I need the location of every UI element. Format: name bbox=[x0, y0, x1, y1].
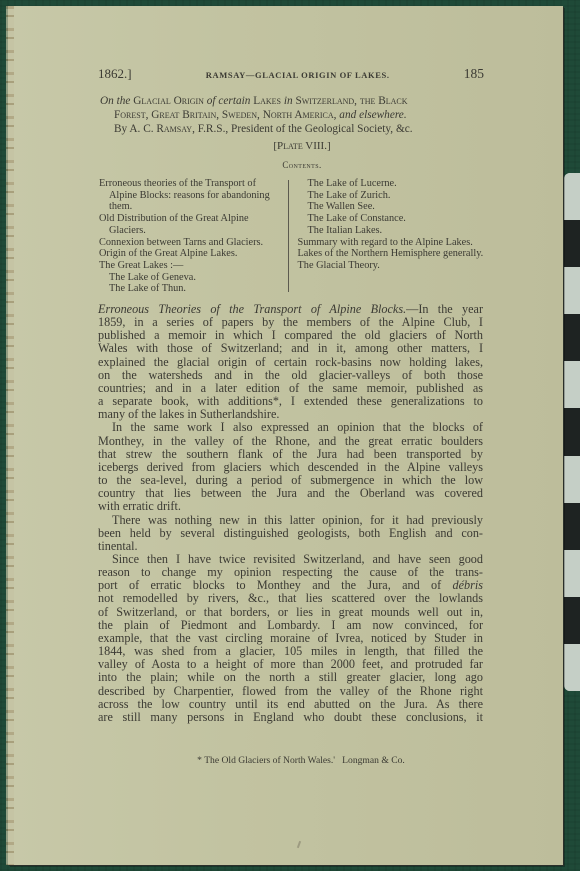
ruler-segment bbox=[564, 220, 580, 267]
header-year: 1862.] bbox=[98, 66, 132, 82]
toc-item: Erroneous theories of the Transport of A… bbox=[99, 178, 279, 213]
ruler-segment bbox=[564, 314, 580, 361]
toc-item: Lakes of the Northern Hemisphere general… bbox=[298, 248, 485, 260]
text-line: tinental. bbox=[98, 540, 483, 553]
text-line: been held by several distinguished geolo… bbox=[98, 527, 483, 540]
toc-item: The Lake of Thun. bbox=[99, 283, 279, 295]
ink-mark bbox=[297, 841, 301, 848]
section-heading: Erroneous Theories of the Transport of A… bbox=[98, 302, 406, 316]
paragraph-3: There was nothing new in this latter opi… bbox=[98, 514, 483, 553]
body-text: Erroneous Theories of the Transport of A… bbox=[98, 303, 483, 724]
ruler-segment bbox=[564, 550, 580, 597]
footnote: * The Old Glaciers of North Wales.' Long… bbox=[0, 755, 580, 766]
toc-item: The Great Lakes :— bbox=[99, 260, 279, 272]
article-title: On the Glacial Origin of certain Lakes i… bbox=[100, 94, 484, 136]
title-line-1: On the Glacial Origin of certain Lakes i… bbox=[100, 94, 484, 108]
toc-item: Old Distribution of the Great Alpine Gla… bbox=[99, 213, 279, 236]
text-line: explained the glacial origin of certain … bbox=[98, 356, 483, 369]
paragraph-2: In the same work I also expressed an opi… bbox=[98, 421, 483, 513]
title-line-3: By A. C. Ramsay, F.R.S., President of th… bbox=[100, 122, 484, 136]
header-running-title: Ramsay—Glacial Origin of Lakes. bbox=[206, 70, 390, 80]
text-line: the plain of Piedmont and Lombardy. I am… bbox=[98, 619, 483, 632]
torn-page-edge bbox=[6, 6, 14, 865]
ruler-segment bbox=[564, 597, 580, 644]
text-line: Monthey, in the valley of the Rhone, and… bbox=[98, 435, 483, 448]
toc-item: The Wallen See. bbox=[298, 201, 485, 213]
paragraph-4: Since then I have twice revisited Switze… bbox=[98, 553, 483, 724]
text-line: on the watersheds and in the old glacier… bbox=[98, 369, 483, 382]
ruler-segment bbox=[564, 644, 580, 691]
table-of-contents: Erroneous theories of the Transport of A… bbox=[99, 178, 485, 295]
contents-heading: Contents. bbox=[0, 160, 580, 170]
ruler-segment bbox=[564, 361, 580, 408]
toc-item: The Lake of Constance. bbox=[298, 213, 485, 225]
toc-item: The Lake of Geneva. bbox=[99, 272, 279, 284]
text-line: into the plain; while on the north a sti… bbox=[98, 671, 483, 684]
running-header: 1862.] Ramsay—Glacial Origin of Lakes. 1… bbox=[98, 66, 484, 82]
toc-item: The Lake of Zurich. bbox=[298, 190, 485, 202]
text-line: with erratic drift. bbox=[98, 500, 483, 513]
text-line: not remodelled by rivers, &c., that lies… bbox=[98, 592, 483, 605]
toc-item: Connexion between Tarns and Glaciers. bbox=[99, 237, 279, 249]
paragraph-1: Erroneous Theories of the Transport of A… bbox=[98, 303, 483, 421]
plate-label: [Plate VIII.] bbox=[0, 140, 580, 152]
text-line: Wales with those of Switzerland; and in … bbox=[98, 342, 483, 355]
title-line-2: Forest, Great Britain, Sweden, North Ame… bbox=[100, 108, 484, 122]
text-line: across the low country until its end abu… bbox=[98, 698, 483, 711]
page-number: 185 bbox=[464, 66, 484, 82]
ruler-segment bbox=[564, 456, 580, 503]
contents-divider bbox=[288, 180, 289, 292]
toc-item: The Lake of Lucerne. bbox=[298, 178, 485, 190]
ruler-segment bbox=[564, 408, 580, 455]
toc-item: Origin of the Great Alpine Lakes. bbox=[99, 248, 279, 260]
scale-ruler bbox=[564, 173, 580, 691]
text-line: described by Charpentier, flowed from th… bbox=[98, 685, 483, 698]
toc-item: The Italian Lakes. bbox=[298, 225, 485, 237]
contents-right-column: The Lake of Lucerne. The Lake of Zurich.… bbox=[298, 178, 485, 295]
ruler-segment bbox=[564, 173, 580, 220]
text-line: are still many persons in England who do… bbox=[98, 711, 483, 724]
text-line: There was nothing new in this latter opi… bbox=[98, 514, 483, 527]
toc-item: The Glacial Theory. bbox=[298, 260, 485, 272]
text-line: In the same work I also expressed an opi… bbox=[98, 421, 483, 434]
toc-item: Summary with regard to the Alpine Lakes. bbox=[298, 237, 485, 249]
text-line: of Switzerland, or that borders, or lies… bbox=[98, 606, 483, 619]
ruler-segment bbox=[564, 267, 580, 314]
contents-left-column: Erroneous theories of the Transport of A… bbox=[99, 178, 279, 295]
ruler-segment bbox=[564, 503, 580, 550]
text-line: that strew the southern flank of the Jur… bbox=[98, 448, 483, 461]
